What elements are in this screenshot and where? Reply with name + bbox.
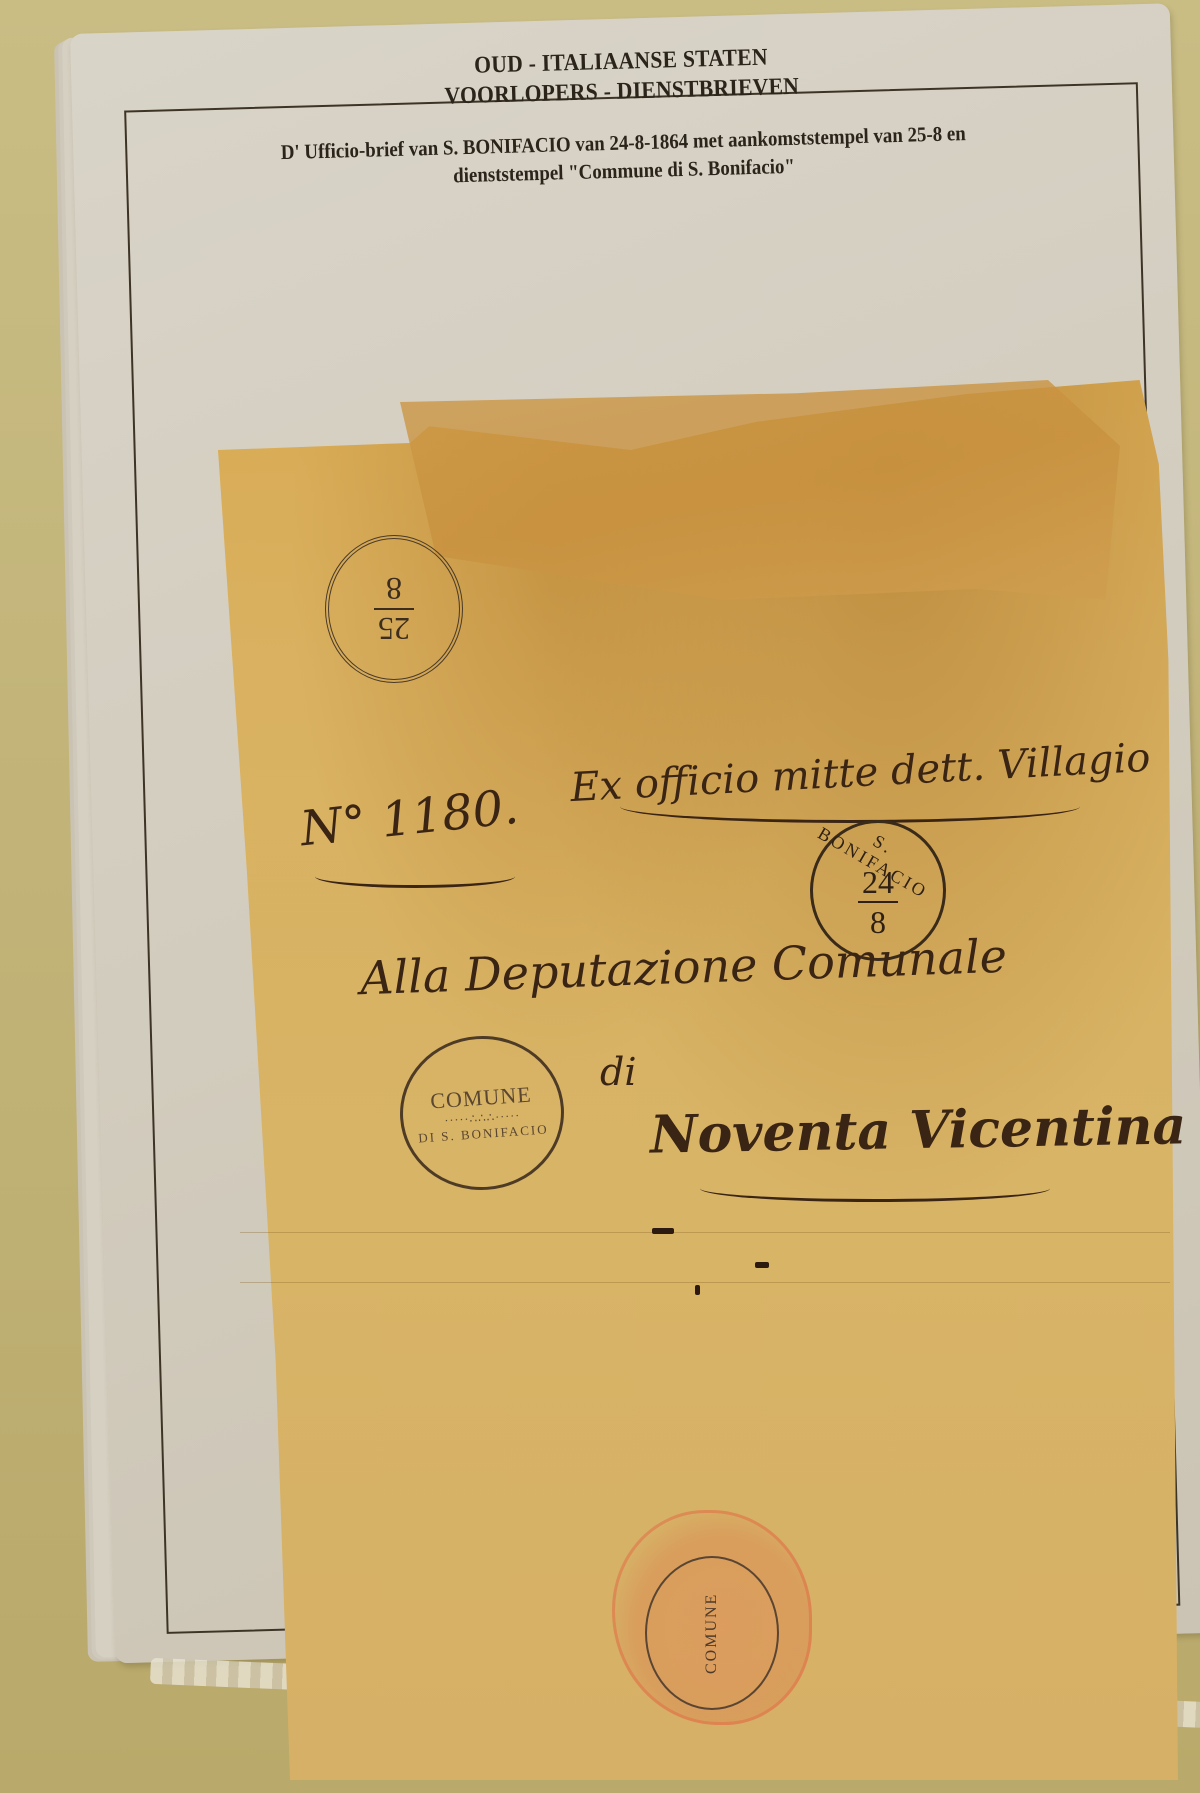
ink-blot [695, 1285, 700, 1295]
postmark-bar [374, 608, 414, 610]
fold-line [240, 1282, 1170, 1283]
handwritten-line-3: Noventa Vicentina [650, 1095, 1187, 1165]
cachet-place: DI S. BONIFACIO [418, 1121, 549, 1146]
ink-blot [755, 1262, 769, 1268]
flourish [315, 865, 515, 888]
flourish [700, 1175, 1050, 1202]
arrival-postmark: 25 8 [325, 535, 463, 683]
seal-imprint: COMUNE [645, 1556, 779, 1710]
fold-line [240, 1232, 1170, 1233]
cover-flap [400, 380, 1120, 600]
ink-blot [652, 1228, 674, 1234]
postmark-day: 25 [378, 612, 410, 646]
postmark-bar [858, 901, 898, 903]
handwritten-di: di [600, 1050, 636, 1094]
seal-text: COMUNE [703, 1592, 721, 1673]
postmark-month: 8 [386, 572, 402, 606]
